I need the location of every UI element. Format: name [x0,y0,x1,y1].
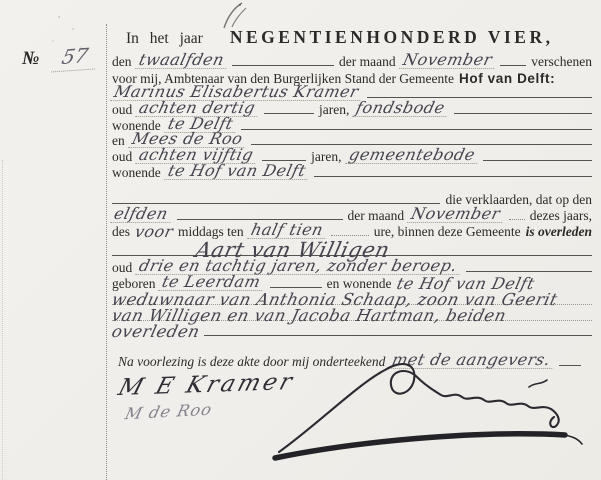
act-number-label: № [22,48,39,70]
jaren-label: jaren, [311,149,341,164]
en-label: en [112,133,125,148]
declarant2-residence-handwritten: te Hof van Delft [164,164,311,180]
fill-rule [204,335,592,336]
deceased-residence-handwritten: te Hof van Delft [395,277,536,291]
header-line: In het jaar NEGENTIENHONDERD VIER, [126,26,592,46]
month-handwritten: November [399,53,497,69]
oud-label: oud [112,260,132,275]
day-handwritten: twaalfden [135,53,229,69]
family-line-1: weduwnaar van Anthonia Schaap, zoon van … [112,290,592,307]
dotted-rule [509,219,525,220]
act-number-value: 57 [51,43,100,73]
death-day-handwritten: elfden [110,207,173,223]
declarant2-residence-line: wonende te Hof van Delft [112,163,592,180]
declarant2-occupation-handwritten: gemeentebode [345,148,480,164]
family-text-3-handwritten: overleden [110,325,201,339]
fill-rule [483,160,592,161]
death-date-line: elfden der maand November dezes jaars, [112,206,592,223]
declaration-intro-line: die verklaarden, dat op den [112,190,592,207]
declarant1-occupation-handwritten: fondsbode [353,101,451,117]
fill-rule [241,129,592,130]
witness2-signature: M de Roo [123,400,214,423]
oud-label: oud [112,149,132,164]
short-rule [270,287,322,288]
short-rule [264,113,314,114]
birthplace-handwritten: te Leerdam [159,275,267,291]
en-wonende-label: en wonende [327,276,392,291]
ink-speckles [58,16,60,18]
oud-label: oud [112,102,132,117]
der-maand-label: der maand [339,54,396,69]
fill-rule [454,113,592,114]
wonende-label: wonende [112,165,161,180]
fill-rule [314,176,592,177]
paper-edge-line [2,160,3,480]
death-certificate-page: № 57 In het jaar NEGENTIENHONDERD VIER, … [0,0,601,480]
dotted-rule [331,235,368,236]
registrar-signature [263,354,595,466]
year-printed: NEGENTIENHONDERD VIER, [230,29,554,46]
deceased-birth-residence-line: geboren te Leerdam en wonende te Hof van… [112,274,592,291]
dezes-jaars-label: dezes jaars, [530,208,592,223]
den-label: den [112,54,132,69]
der-maand-label: der maand [348,208,405,223]
margin-separator-line [106,24,107,480]
jaren-label: jaren, [319,102,349,117]
deceased-name-handwritten: Aart van Willigen [194,241,392,259]
family-text-1-handwritten: weduwnaar van Anthonia Schaap, zoon van … [110,293,558,307]
intro-text: In het jaar [126,31,203,46]
date-line: den twaalfden der maand November versche… [112,52,592,69]
fill-rule [466,271,592,272]
verschenen-label: verschenen [531,54,592,69]
geboren-label: geboren [112,276,155,291]
death-month-handwritten: November [407,207,505,223]
short-rule [500,65,526,66]
family-text-2-handwritten: van Willigen en van Jacoba Hartman, beid… [110,309,507,323]
fill-rule [232,65,334,66]
